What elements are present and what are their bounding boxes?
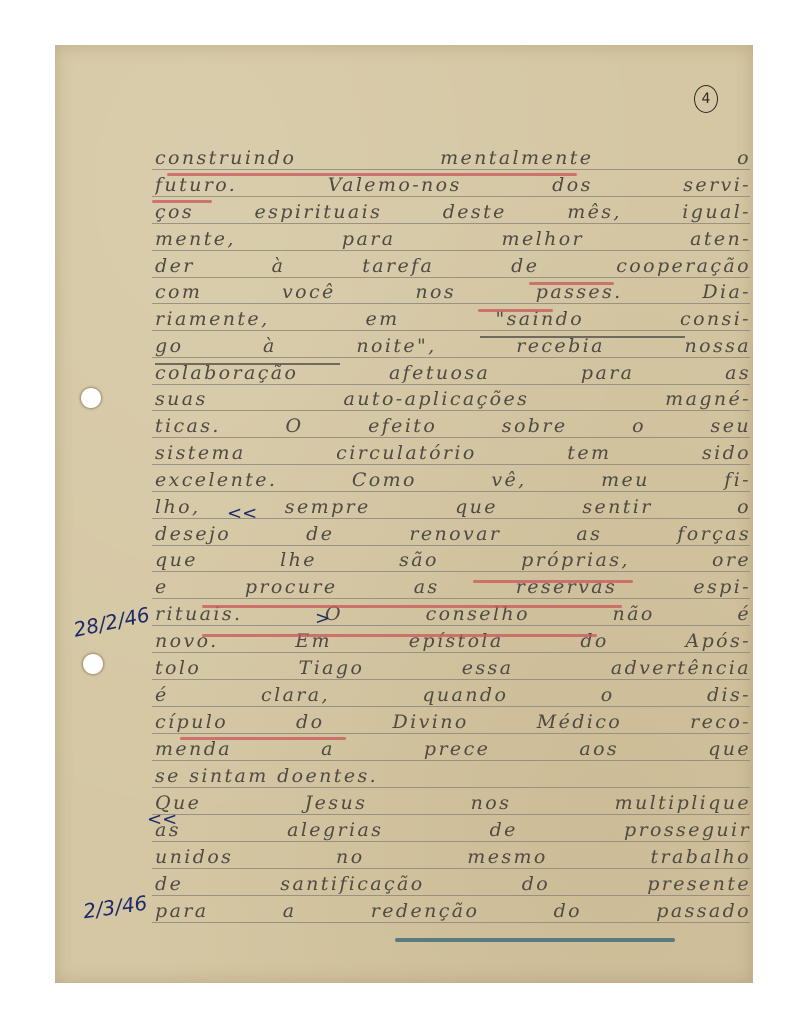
text-line: com você nos passes. Dia- bbox=[155, 279, 751, 305]
text-line: suas auto-aplicações magné- bbox=[155, 386, 751, 412]
hole-punch-lower bbox=[83, 654, 103, 674]
text-line: der à tarefa de cooperação bbox=[155, 253, 751, 279]
text-line: para a redenção do passado bbox=[155, 898, 751, 924]
text-line: ticas. O efeito sobre o seu bbox=[155, 413, 751, 439]
text-line: desejo de renovar as forças bbox=[155, 521, 751, 547]
double-arrow-mark: << bbox=[227, 503, 257, 524]
manuscript-page: 4 construindo mentalment bbox=[55, 45, 753, 983]
text-line: as alegrias de prosseguir bbox=[155, 817, 751, 843]
text-line: novo. Em epístola do Após- bbox=[155, 628, 751, 654]
page-number-circled: 4 bbox=[694, 85, 718, 113]
text-line: sistema circulatório tem sido bbox=[155, 440, 751, 466]
text-line: excelente. Como vê, meu fi- bbox=[155, 467, 751, 493]
text-line: se sintam doentes. bbox=[155, 763, 751, 789]
arrow-mark: > bbox=[315, 608, 330, 629]
text-line: e procure as reservas espi- bbox=[155, 574, 751, 600]
text-line: de santificação do presente bbox=[155, 871, 751, 897]
text-line: Que Jesus nos multiplique bbox=[155, 790, 751, 816]
text-line: unidos no mesmo trabalho bbox=[155, 844, 751, 870]
text-line: que lhe são próprias, ore bbox=[155, 547, 751, 573]
margin-date-note: 2/3/46 bbox=[82, 891, 149, 924]
text-line: ços espirituais deste mês, igual- bbox=[155, 199, 751, 225]
margin-date-note: 28/2/46 bbox=[71, 602, 151, 642]
text-line: construindo mentalmente o bbox=[155, 145, 751, 171]
text-line: riamente, em "saindo consi- bbox=[155, 306, 751, 332]
text-line: é clara, quando o dis- bbox=[155, 682, 751, 708]
blue-underline bbox=[395, 938, 675, 942]
text-line: tolo Tiago essa advertência bbox=[155, 655, 751, 681]
text-line: mente, para melhor aten- bbox=[155, 226, 751, 252]
double-arrow-mark: << bbox=[147, 809, 177, 830]
text-line: cípulo do Divino Médico reco- bbox=[155, 709, 751, 735]
hole-punch-upper bbox=[81, 388, 101, 408]
